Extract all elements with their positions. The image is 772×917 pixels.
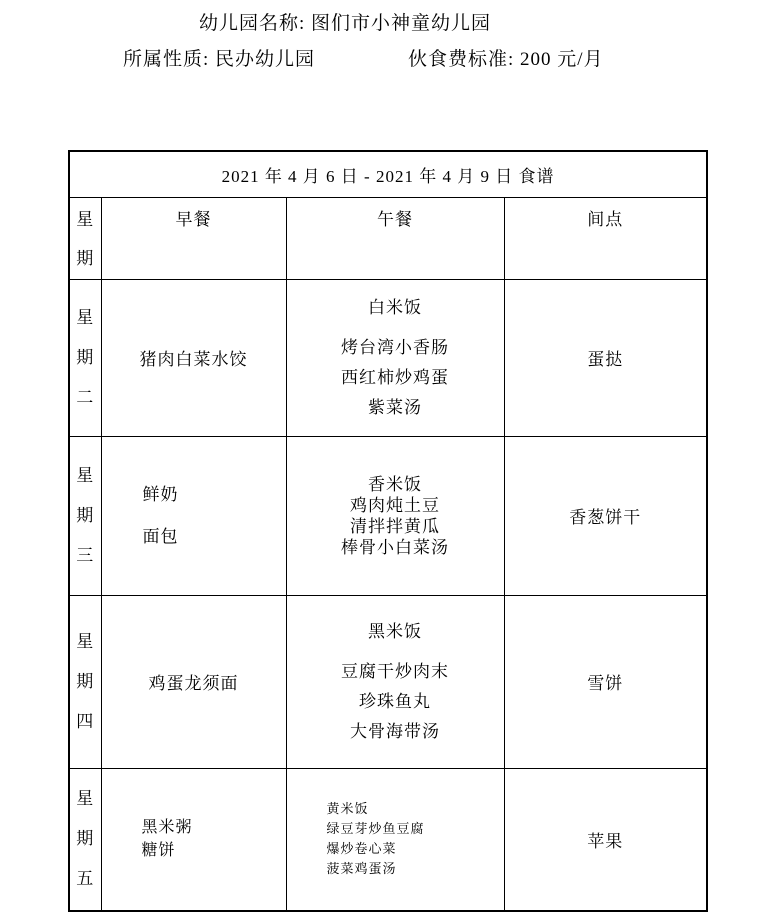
- menu-item: 鸡肉炖土豆: [287, 495, 504, 516]
- menu-item: 鸡蛋龙须面: [102, 669, 286, 694]
- cell-wednesday-day: 星 期 三: [69, 436, 101, 595]
- menu-item: 绿豆芽炒鱼豆腐: [327, 819, 504, 839]
- cell-friday-day: 星 期 五: [69, 768, 101, 911]
- cell-tuesday-day: 星 期 二: [69, 279, 101, 436]
- document-page: { "header": { "kindergarten_line": "幼儿园名…: [0, 0, 772, 917]
- cell-wednesday-breakfast: 鲜奶 面包: [101, 436, 286, 595]
- menu-item: 清拌拌黄瓜: [287, 516, 504, 537]
- cell-friday-breakfast: 黑米粥 糖饼: [101, 768, 286, 911]
- cell-thursday-lunch: 黑米饭 豆腐干炒肉末 珍珠鱼丸 大骨海带汤: [286, 595, 504, 768]
- menu-item: 香米饭: [287, 474, 504, 495]
- day-char: 星: [70, 779, 101, 819]
- cell-wednesday-snack: 香葱饼干: [504, 436, 707, 595]
- menu-item: 糖饼: [142, 839, 286, 862]
- day-char: 三: [70, 536, 101, 576]
- column-header-lunch: 午餐: [286, 197, 504, 279]
- menu-item: 蛋挞: [505, 345, 707, 370]
- cell-thursday-day: 星 期 四: [69, 595, 101, 768]
- table-title: 2021 年 4 月 6 日 - 2021 年 4 月 9 日 食谱: [69, 151, 707, 197]
- menu-table: 2021 年 4 月 6 日 - 2021 年 4 月 9 日 食谱 星 期 早…: [68, 150, 708, 912]
- cell-wednesday-lunch: 香米饭 鸡肉炖土豆 清拌拌黄瓜 棒骨小白菜汤: [286, 436, 504, 595]
- day-char: 星: [70, 456, 101, 496]
- menu-item: 白米饭: [287, 293, 504, 323]
- table-row-thursday: 星 期 四 鸡蛋龙须面 黑米饭 豆腐干炒肉末 珍珠鱼丸 大骨海带汤 雪饼: [69, 595, 707, 768]
- column-header-breakfast: 早餐: [101, 197, 286, 279]
- menu-item: 猪肉白菜水饺: [102, 345, 286, 370]
- menu-item: 烤台湾小香肠: [287, 333, 504, 363]
- cell-tuesday-breakfast: 猪肉白菜水饺: [101, 279, 286, 436]
- kindergarten-name-line: 幼儿园名称: 图们市小神童幼儿园: [0, 8, 772, 35]
- day-char: 期: [70, 496, 101, 536]
- menu-item: 珍珠鱼丸: [287, 687, 504, 717]
- day-char: 期: [70, 662, 101, 702]
- menu-item: 苹果: [505, 827, 707, 852]
- menu-item: 大骨海带汤: [287, 717, 504, 747]
- menu-item: 爆炒卷心菜: [327, 839, 504, 859]
- day-char: 期: [70, 819, 101, 859]
- menu-item: 紫菜汤: [287, 393, 504, 423]
- menu-item: 菠菜鸡蛋汤: [327, 859, 504, 879]
- column-header-day: 星 期: [69, 197, 101, 279]
- column-header-snack: 间点: [504, 197, 707, 279]
- menu-item: 面包: [143, 516, 286, 558]
- fee-label: 伙食费标准: 200 元/月: [408, 44, 604, 71]
- day-header-char: 星: [70, 200, 101, 239]
- day-char: 四: [70, 702, 101, 742]
- table-row-tuesday: 星 期 二 猪肉白菜水饺 白米饭 烤台湾小香肠 西红柿炒鸡蛋 紫菜汤 蛋挞: [69, 279, 707, 436]
- cell-friday-lunch: 黄米饭 绿豆芽炒鱼豆腐 爆炒卷心菜 菠菜鸡蛋汤: [286, 768, 504, 911]
- table-header-row: 星 期 早餐 午餐 间点: [69, 197, 707, 279]
- cell-tuesday-snack: 蛋挞: [504, 279, 707, 436]
- day-char: 五: [70, 859, 101, 899]
- table-row-friday: 星 期 五 黑米粥 糖饼 黄米饭 绿豆芽炒鱼豆腐 爆炒卷心菜 菠菜鸡蛋汤 苹果: [69, 768, 707, 911]
- menu-item: 鲜奶: [143, 474, 286, 516]
- menu-item: 豆腐干炒肉末: [287, 657, 504, 687]
- day-char: 二: [70, 378, 101, 418]
- day-char: 星: [70, 622, 101, 662]
- table-row-wednesday: 星 期 三 鲜奶 面包 香米饭 鸡肉炖土豆 清拌拌黄瓜 棒骨小白菜汤 香葱饼干: [69, 436, 707, 595]
- nature-label: 所属性质: 民办幼儿园: [123, 44, 315, 71]
- doc-subheader: 所属性质: 民办幼儿园 伙食费标准: 200 元/月: [123, 44, 604, 71]
- menu-item: 香葱饼干: [505, 503, 707, 528]
- day-header-char: 期: [70, 239, 101, 278]
- menu-item: 雪饼: [505, 669, 707, 694]
- menu-item: 黑米饭: [287, 617, 504, 647]
- menu-item: 棒骨小白菜汤: [287, 537, 504, 558]
- cell-thursday-breakfast: 鸡蛋龙须面: [101, 595, 286, 768]
- day-char: 星: [70, 298, 101, 338]
- menu-item: 黄米饭: [327, 799, 504, 819]
- cell-tuesday-lunch: 白米饭 烤台湾小香肠 西红柿炒鸡蛋 紫菜汤: [286, 279, 504, 436]
- day-char: 期: [70, 338, 101, 378]
- menu-item: 西红柿炒鸡蛋: [287, 363, 504, 393]
- cell-thursday-snack: 雪饼: [504, 595, 707, 768]
- cell-friday-snack: 苹果: [504, 768, 707, 911]
- table-title-row: 2021 年 4 月 6 日 - 2021 年 4 月 9 日 食谱: [69, 151, 707, 197]
- menu-item: 黑米粥: [142, 816, 286, 839]
